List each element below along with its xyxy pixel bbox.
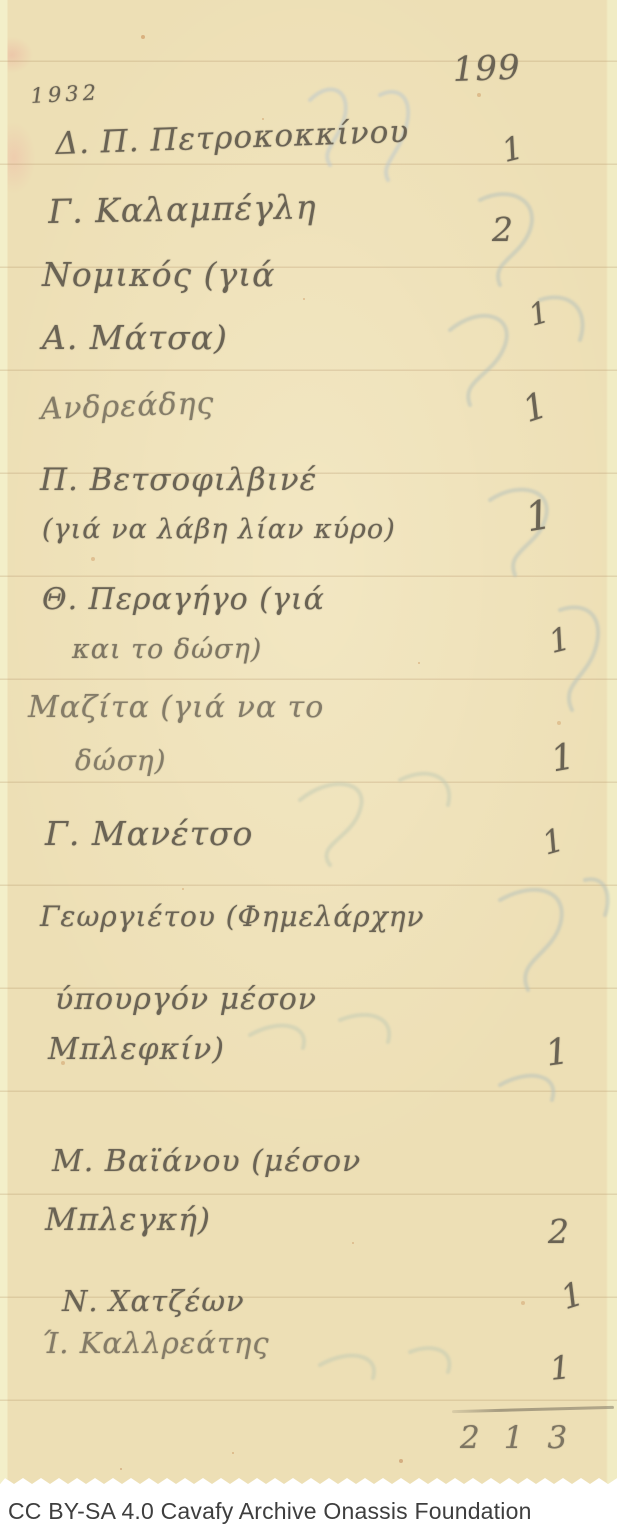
entry-line: Ν. Χατζέων [62,1284,245,1318]
entry-line: Μ. Βαϊάνου (μέσον [52,1144,361,1179]
entry-line: Π. Βετσοφιλβινέ [40,462,317,498]
entry-line: Ί. Καλλρεάτης [42,1326,270,1360]
entry-line: και το δώση) [72,634,262,665]
page-number: 199 [452,48,521,90]
entry-count: 2 [492,210,513,249]
entry-line: Νομικός (γιά [42,255,275,294]
entry-line: Γεωργιέτου (Φημελάρχην [40,900,425,933]
entry-line: δώση) [75,744,167,777]
entry-line: Γ. Καλαμπέγλη [48,187,317,231]
entry-line: Γ. Μανέτσο [45,814,253,853]
entry-line: Μπλεφκίν) [48,1032,225,1067]
entry-line: Μαζίτα (γιά να το [28,690,324,725]
entry-line: (γιά να λάβη λίαν κύρο) [42,514,396,545]
entry-count: 2 [548,1212,569,1251]
entry-line: ύπουργόν μέσον [55,982,317,1017]
entry-line: Ανδρεάδης [40,386,215,427]
year-note: 1932 [30,80,101,108]
total-count: 213 [460,1420,591,1456]
screenshot-root: { "document": { "year": "1932", "page_nu… [0,0,617,1537]
paper-sheet: 1932 199 Δ. Π. Πετροκοκκίνου Γ. Καλαμπέγ… [0,0,617,1484]
entry-count: 1 [548,1348,572,1388]
entry-line: Α. Μάτσα) [42,318,228,357]
entry-line: Θ. Περαγήγο (γιά [42,582,325,617]
license-caption: CC BY-SA 4.0 Cavafy Archive Onassis Foun… [8,1498,532,1525]
entry-line: Μπλεγκή) [45,1202,211,1238]
